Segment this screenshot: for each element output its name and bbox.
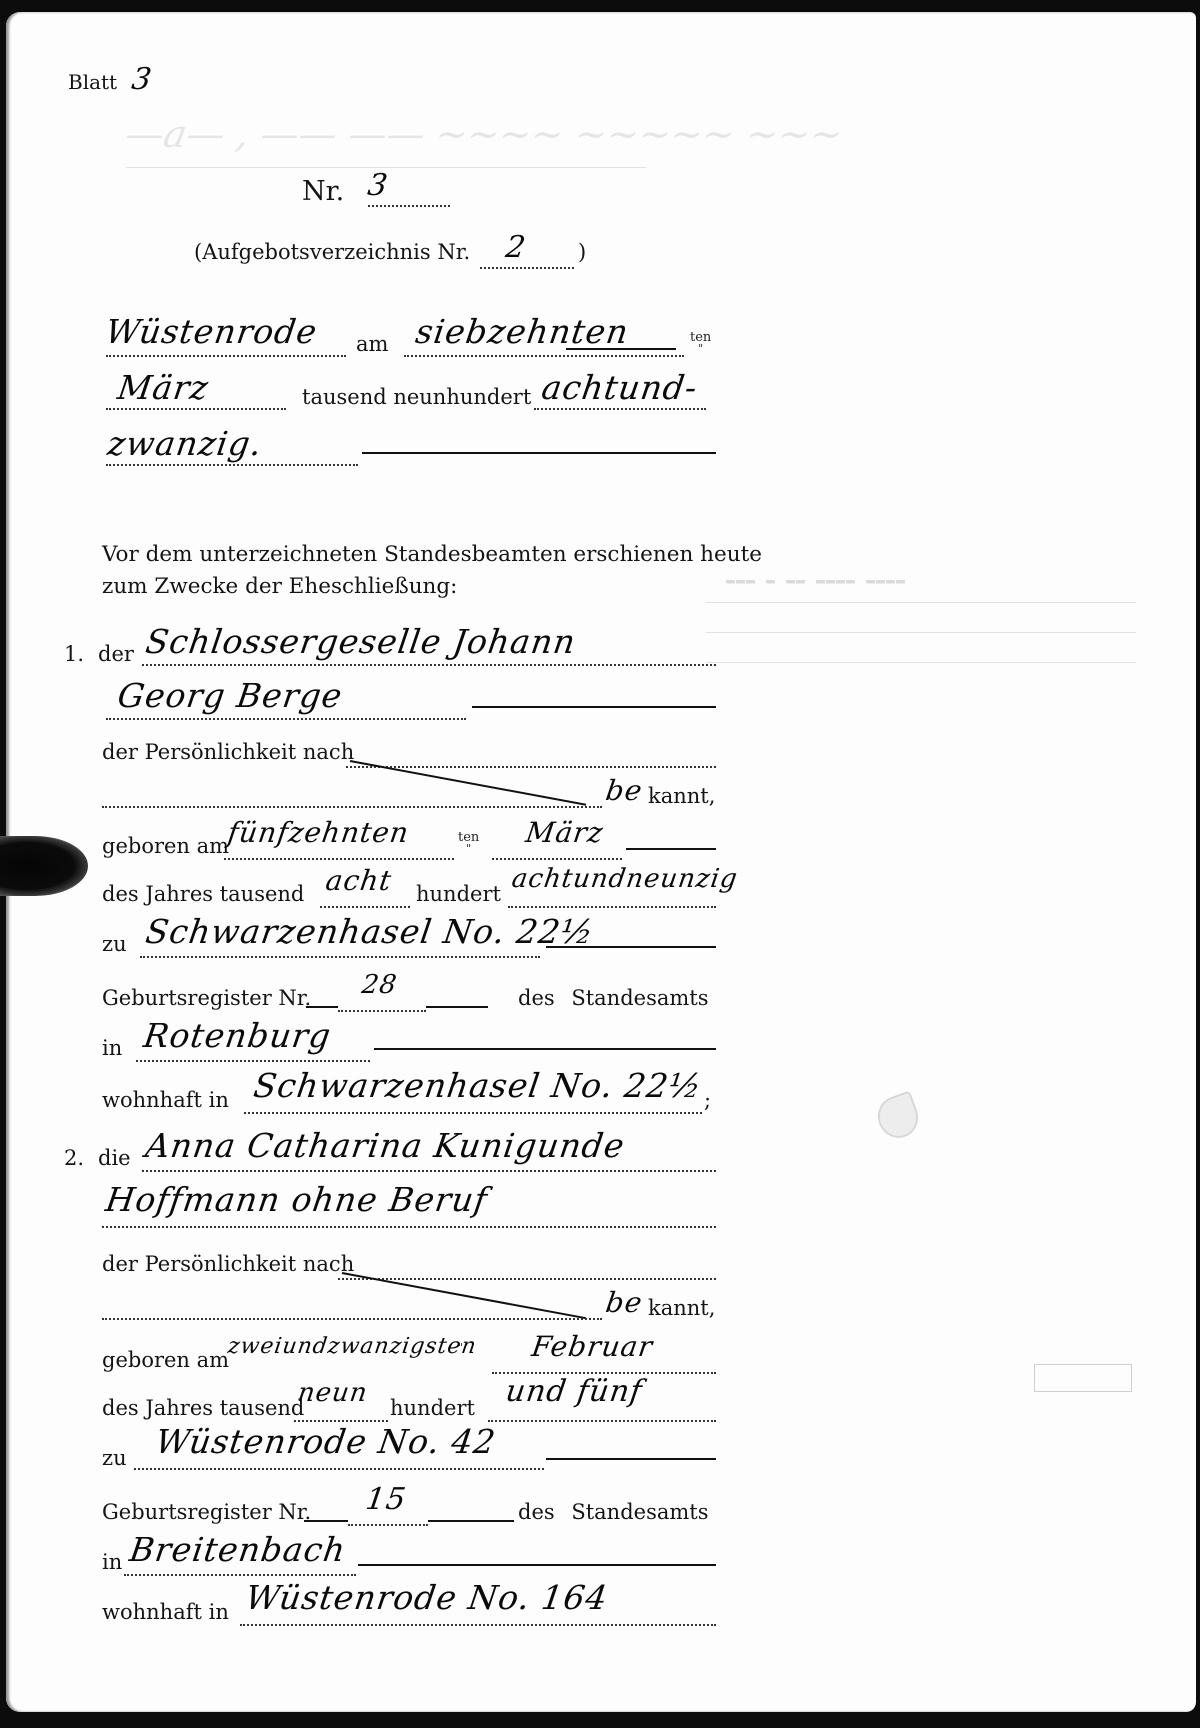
party1-residence-end: ; [704, 1088, 711, 1112]
party1-residence-label: wohnhaft in [102, 1088, 229, 1112]
party2-birth-month: Februar [530, 1330, 656, 1363]
party1-name-line2-rule [106, 718, 466, 720]
party1-index: 1. [64, 642, 84, 666]
party1-in-label: in [102, 1036, 122, 1060]
entry-number: 3 [366, 168, 391, 203]
banns-close: ) [578, 240, 586, 264]
party1-residence-rule [244, 1112, 702, 1114]
party2-register-fill-right [428, 1520, 514, 1522]
party1-born-label: geboren am [102, 834, 229, 858]
entry-label: Nr. [302, 176, 344, 207]
party2-name-line2-rule [102, 1226, 716, 1228]
party2-office-place-fill [358, 1564, 716, 1566]
party2-year-rest: und fünf [504, 1374, 645, 1409]
party1-register-fill-left [306, 1006, 338, 1008]
party1-birth-day-rule [224, 858, 454, 860]
marriage-month: März [115, 368, 211, 407]
intro-line2: zum Zwecke der Eheschließung: [102, 574, 457, 599]
party2-office-place: Breitenbach [127, 1530, 348, 1569]
party1-birth-place-fill [546, 946, 716, 948]
party2-register-fill-left [304, 1520, 348, 1522]
party1-place-label: zu [102, 932, 127, 956]
party2-year-rest-rule [488, 1420, 716, 1422]
party2-identity-prefix: be [604, 1286, 645, 1319]
party2-year-label: des Jahres tausend [102, 1396, 304, 1420]
party1-register-fill-right [426, 1006, 488, 1008]
entry-number-line [368, 205, 450, 207]
party1-birth-month: März [524, 816, 606, 849]
party1-office-place-rule [136, 1060, 370, 1062]
party1-birth-place-rule [140, 956, 540, 958]
party1-identity-rule2 [102, 806, 602, 808]
party2-register-label: Geburtsregister Nr. [102, 1500, 311, 1524]
marriage-year-line1 [534, 408, 706, 410]
party2-birth-place-fill [546, 1458, 716, 1460]
party1-year-rest-rule [508, 906, 716, 908]
bleed-through-text: ▬▬▬ ▬ ▬▬ ▬▬▬▬ ▬▬▬▬ [726, 572, 906, 589]
marriage-year-fill [362, 452, 716, 454]
party1-ordinal-suffix: ten" [458, 830, 479, 853]
marriage-year-line2 [106, 464, 358, 466]
party1-office-label: des Standesamts [518, 986, 709, 1010]
party1-identity-suffix: kannt, [648, 784, 715, 808]
party2-register-rule [348, 1524, 428, 1526]
party1-birth-month-rule [492, 858, 622, 860]
party1-office-place-fill [374, 1048, 716, 1050]
party1-birth-month-fill [626, 848, 716, 850]
party1-register-rule [338, 1010, 426, 1012]
party2-birth-place-rule [134, 1468, 544, 1470]
party1-residence: Schwarzenhasel No. 22½ [251, 1066, 704, 1105]
party2-register-number: 15 [364, 1482, 409, 1517]
bleed-through-handwriting: —a— , —— —— [122, 112, 429, 156]
banns-number-line [480, 267, 574, 269]
party1-identity-label: der Persönlichkeit nach [102, 740, 354, 764]
party1-birth-day: fünfzehnten [226, 816, 412, 849]
marriage-day-line [404, 355, 684, 357]
party1-office-place: Rotenburg [141, 1016, 334, 1055]
party1-birth-place: Schwarzenhasel No. 22½ [143, 912, 596, 951]
party2-identity-rule2 [102, 1318, 602, 1320]
party2-born-label: geboren am [102, 1348, 229, 1372]
party2-in-label: in [102, 1550, 122, 1574]
party2-ordinal-mark: " [458, 1344, 463, 1352]
party1-register-label: Geburtsregister Nr. [102, 986, 311, 1010]
party1-name-line1: Schlossergeselle Johann [143, 622, 578, 661]
party1-identity-rule [346, 766, 716, 768]
party1-register-number: 28 [360, 970, 399, 1000]
party2-birth-day: zweiundzwanzigsten [226, 1334, 478, 1359]
marriage-place: Wüstenrode [103, 312, 320, 351]
bleed-through-line [706, 602, 1136, 603]
party1-name-line1-rule [142, 664, 716, 666]
party1-year-label: des Jahres tausend [102, 882, 304, 906]
watermark-leaf-icon [872, 1090, 924, 1143]
party2-hundred-label: hundert [390, 1396, 475, 1420]
bleed-through-handwriting: ~~~~ ~~~~~ ~~~ [432, 112, 846, 156]
marriage-day-stroke [566, 348, 676, 350]
thousand-label: tausend neunhundert [302, 385, 531, 409]
party1-name-line2: Georg Berge [115, 676, 345, 715]
party2-name-line1-rule [142, 1170, 716, 1172]
ordinal-suffix: ten" [690, 330, 711, 353]
party2-article: die [98, 1146, 131, 1170]
party2-place-label: zu [102, 1446, 127, 1470]
party2-birth-place: Wüstenrode No. 42 [153, 1422, 498, 1461]
intro-line1: Vor dem unterzeichneten Standesbeamten e… [102, 542, 762, 567]
party1-year-hundreds-rule [320, 906, 410, 908]
party1-identity-prefix: be [604, 774, 645, 807]
party2-name-line1: Anna Catharina Kunigunde [143, 1126, 627, 1165]
party2-year-hundreds: neun [296, 1378, 370, 1408]
marriage-year-part2: zwanzig. [105, 424, 265, 463]
party2-identity-label: der Persönlichkeit nach [102, 1252, 354, 1276]
marriage-month-line [106, 408, 286, 410]
party1-year-hundreds: acht [324, 864, 394, 897]
bleed-through-stamp [1034, 1364, 1132, 1392]
party2-identity-suffix: kannt, [648, 1296, 715, 1320]
party1-hundred-label: hundert [416, 882, 501, 906]
marriage-place-line [106, 355, 346, 357]
sheet-label: Blatt [68, 70, 117, 94]
party2-office-label: des Standesamts [518, 1500, 709, 1524]
party1-name-fill [472, 706, 716, 708]
register-page: —a— , —— —— ~~~~ ~~~~~ ~~~ ▬▬▬ ▬ ▬▬ ▬▬▬▬… [6, 12, 1196, 1712]
party2-name-line2: Hoffmann ohne Beruf [103, 1180, 490, 1219]
party1-article: der [98, 642, 134, 666]
banns-number: 2 [504, 230, 529, 265]
party2-residence: Wüstenrode No. 164 [243, 1578, 610, 1617]
party2-identity-rule [338, 1278, 716, 1280]
marriage-day: siebzehnten [413, 312, 631, 351]
bleed-through-line [706, 662, 1136, 663]
at-label: am [356, 332, 388, 356]
party2-index: 2. [64, 1146, 84, 1170]
party2-residence-label: wohnhaft in [102, 1600, 229, 1624]
party2-residence-rule [240, 1624, 716, 1626]
banns-label: (Aufgebotsverzeichnis Nr. [194, 240, 470, 264]
bleed-through-line [706, 632, 1136, 633]
party1-year-rest: achtundneunzig [510, 864, 740, 894]
party2-office-place-rule [124, 1574, 356, 1576]
marriage-year-part1: achtund- [539, 368, 700, 407]
sheet-number: 3 [130, 62, 155, 97]
